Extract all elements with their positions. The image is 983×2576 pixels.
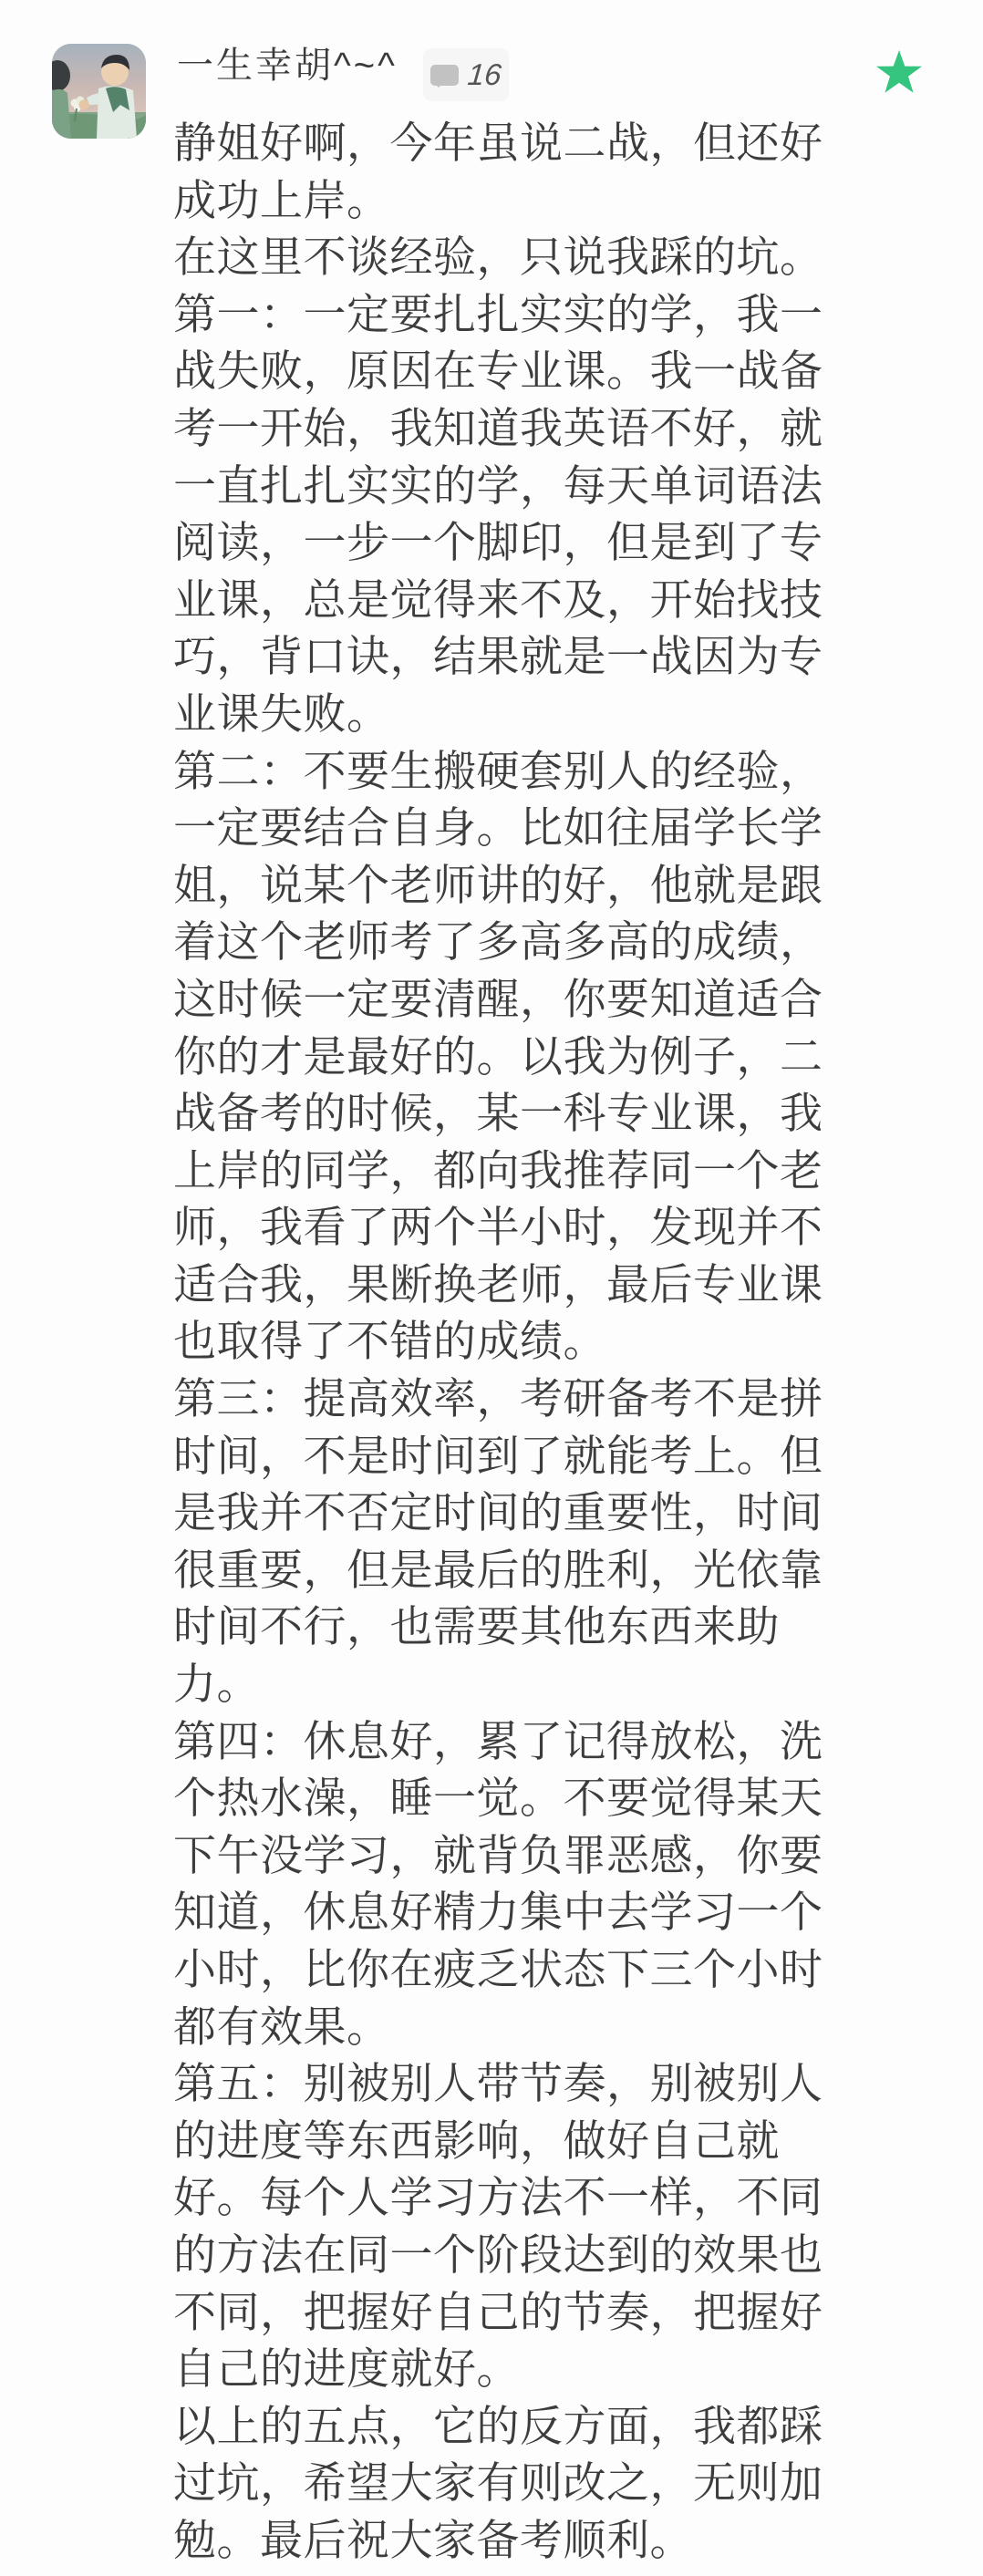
post-body-text: 静姐好啊，今年虽说二战，但还好 成功上岸。 在这里不谈经验，只说我踩的坑。 第一… bbox=[173, 115, 903, 2570]
post-page: 一生幸胡^~^ 16 静姐好啊，今年虽说二战，但还好 成功上岸。 在这里不谈经验… bbox=[0, 0, 983, 2576]
favorite-star-button[interactable] bbox=[875, 48, 923, 96]
star-icon bbox=[875, 48, 923, 96]
comment-count-badge[interactable]: 16 bbox=[423, 48, 509, 101]
avatar[interactable] bbox=[52, 44, 146, 139]
avatar-image bbox=[52, 44, 146, 139]
comment-bubble-icon bbox=[430, 65, 459, 86]
username[interactable]: 一生幸胡^~^ bbox=[177, 46, 398, 86]
comment-count: 16 bbox=[466, 57, 502, 92]
star-shape bbox=[876, 50, 922, 93]
